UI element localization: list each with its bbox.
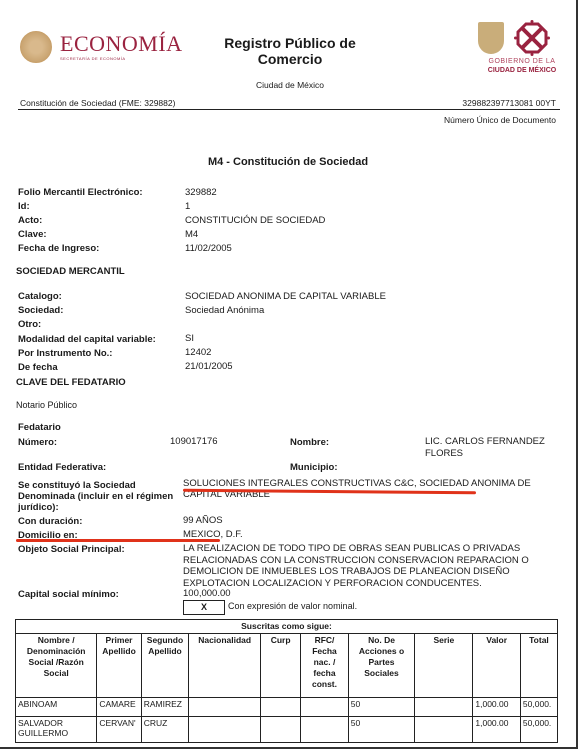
acto-value: CONSTITUCIÓN DE SOCIEDAD [185,215,325,226]
cell-rfc [301,717,349,743]
cell-primer-apellido: CERVAN' [97,717,141,743]
document-page: ECONOMÍA SECRETARÍA DE ECONOMÍA Registro… [0,0,578,749]
cell-valor: 1,000.00 [473,717,521,743]
cell-segundo-apellido: CRUZ [141,717,189,743]
folio-label: Folio Mercantil Electrónico: [18,187,143,198]
sociedad-label: Sociedad: [18,305,63,316]
cell-nombre: ABINOAM [16,698,97,717]
catalogo-value: SOCIEDAD ANONIMA DE CAPITAL VARIABLE [185,291,386,302]
cdmx-knot-icon [514,20,550,56]
fecha-ingreso-value: 11/02/2005 [185,243,232,254]
economia-logo: ECONOMÍA SECRETARÍA DE ECONOMÍA [20,31,183,63]
document-title: Registro Público de Comercio [190,35,390,67]
cell-primer-apellido: CAMARE [97,698,141,717]
instrumento-label: Por Instrumento No.: [18,348,112,359]
col-serie: Serie [415,634,473,698]
fedatario-heading: CLAVE DEL FEDATARIO [16,377,126,388]
economia-title: ECONOMÍA [60,33,183,55]
cell-valor: 1,000.00 [473,698,521,717]
col-curp: Curp [261,634,301,698]
cell-acciones: 50 [348,698,415,717]
denominada-label-1: Se constituyó la Sociedad [18,480,173,491]
city-label: Ciudad de México [190,80,390,90]
id-value: 1 [185,201,190,212]
objeto-line: EXPLOTACION LOCALIZACION Y PERFORACION C… [183,578,529,590]
cell-nacionalidad [189,698,261,717]
sociedad-value: Sociedad Anónima [185,305,264,316]
capital-value: 100,000.00 [183,588,231,599]
catalogo-label: Catalogo: [18,291,62,302]
clave-value: M4 [185,229,198,240]
national-seal-icon [20,31,52,63]
cell-rfc [301,698,349,717]
table-row: ABINOAM CAMARE RAMIREZ 50 1,000.00 50,00… [16,698,558,717]
col-segundo-apellido: Segundo Apellido [141,634,189,698]
numero-label: Número: [18,437,57,448]
modalidad-value: SI [185,333,194,344]
modalidad-label: Modalidad del capital variable: [18,334,156,345]
document-number-label: Número Único de Documento [444,115,556,125]
col-valor: Valor [473,634,521,698]
nombre-line-1: LIC. CARLOS FERNANDEZ [425,436,545,448]
cdmx-logo: GOBIERNO DE LA CIUDAD DE MÉXICO [472,18,572,78]
objeto-line: LA REALIZACION DE TODO TIPO DE OBRAS SEA… [183,543,529,555]
fedatario-subheading: Fedatario [18,422,61,433]
cell-segundo-apellido: RAMIREZ [141,698,189,717]
document-reference: Constitución de Sociedad (FME: 329882) [20,98,175,108]
id-label: Id: [18,201,30,212]
cell-curp [261,717,301,743]
col-nacionalidad: Nacionalidad [189,634,261,698]
nombre-label: Nombre: [290,437,329,448]
cell-total: 50,000. [520,717,557,743]
cdmx-logo-line-2: CIUDAD DE MÉXICO [472,67,572,74]
denominada-value-1: SOLUCIONES INTEGRALES CONSTRUCTIVAS C&C,… [183,478,531,489]
municipio-label: Municipio: [290,462,338,473]
col-primer-apellido: Primer Apellido [97,634,141,698]
otro-label: Otro: [18,319,41,330]
sociedad-mercantil-heading: SOCIEDAD MERCANTIL [16,266,125,277]
cell-curp [261,698,301,717]
numero-value: 109017176 [170,436,218,447]
cell-nombre: SALVADOR GUILLERMO [16,717,97,743]
suscritas-table: Suscritas como sigue: Nombre / Denominac… [15,619,558,743]
fecha-ingreso-label: Fecha de Ingreso: [18,243,99,254]
cdmx-logo-line-1: GOBIERNO DE LA [472,58,572,65]
red-underline-domicilio [16,539,220,542]
denominada-label-2: Denominada (incluir en el régimen [18,491,173,502]
entidad-label: Entidad Federativa: [18,462,106,473]
cell-total: 50,000. [520,698,557,717]
capital-label: Capital social mínimo: [18,589,119,600]
clave-label: Clave: [18,229,47,240]
objeto-value: LA REALIZACION DE TODO TIPO DE OBRAS SEA… [183,543,529,589]
header-divider [18,109,560,110]
fedatario-tipo: Notario Público [16,400,77,410]
duracion-label: Con duración: [18,516,82,527]
economia-subtitle: SECRETARÍA DE ECONOMÍA [60,56,183,61]
cell-serie [415,698,473,717]
cell-serie [415,717,473,743]
objeto-line: DEMOLICION DE INMUEBLES LOS TRABAJOS DE … [183,566,529,578]
col-acciones: No. De Acciones o Partes Sociales [348,634,415,698]
objeto-label: Objeto Social Principal: [18,544,125,555]
valor-nominal-label: Con expresión de valor nominal. [228,601,357,611]
denominada-label: Se constituyó la Sociedad Denominada (in… [18,480,173,513]
col-total: Total [520,634,557,698]
title-line-2: Comercio [190,51,390,67]
section-title: M4 - Constitución de Sociedad [0,156,576,168]
folio-value: 329882 [185,187,217,198]
cell-acciones: 50 [348,717,415,743]
table-row: SALVADOR GUILLERMO CERVAN' CRUZ 50 1,000… [16,717,558,743]
table-header-row: Nombre / Denominación Social /Razón Soci… [16,634,558,698]
instrumento-value: 12402 [185,347,211,358]
col-rfc: RFC/ Fecha nac. / fecha const. [301,634,349,698]
table-caption: Suscritas como sigue: [16,620,558,634]
document-number: 329882397713081 00YT [462,98,556,108]
duracion-value: 99 AÑOS [183,515,223,526]
cell-nacionalidad [189,717,261,743]
nombre-line-2: FLORES [425,448,545,460]
valor-nominal-checkbox[interactable]: X [183,600,225,615]
col-nombre: Nombre / Denominación Social /Razón Soci… [16,634,97,698]
title-line-1: Registro Público de [190,35,390,51]
acto-label: Acto: [18,215,42,226]
de-fecha-label: De fecha [18,362,58,373]
objeto-line: RELACIONADAS CON LA CONSTRUCCION CONSERV… [183,555,529,567]
de-fecha-value: 21/01/2005 [185,361,233,372]
denominada-label-3: jurídico): [18,502,173,513]
cdmx-shield-icon [478,22,504,54]
nombre-value: LIC. CARLOS FERNANDEZ FLORES [425,436,545,460]
